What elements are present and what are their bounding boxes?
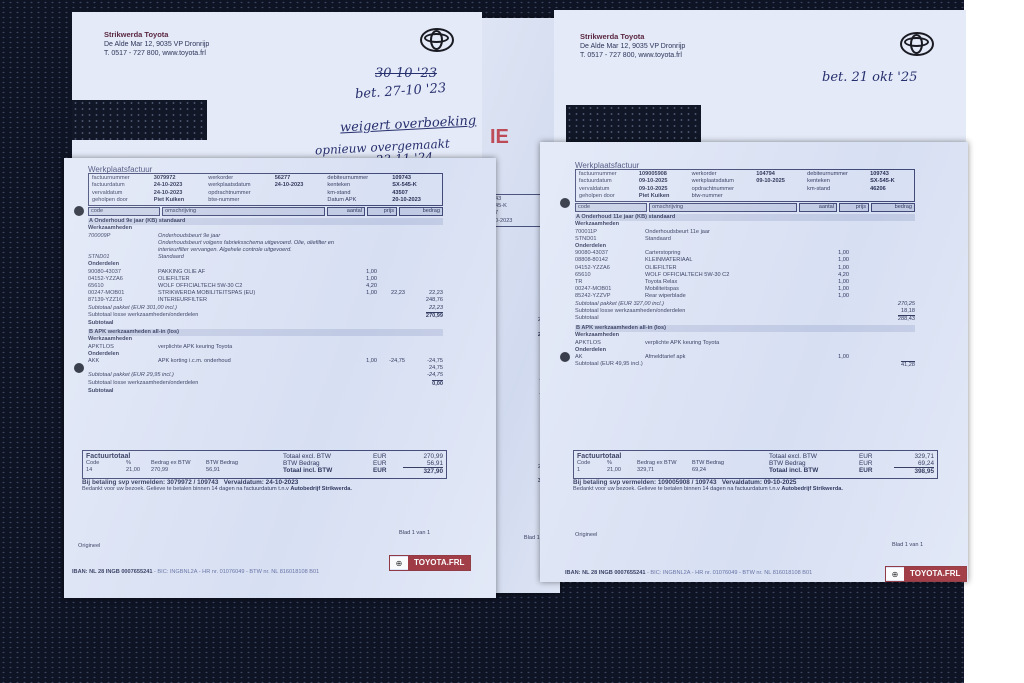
work-row: STND01Standaard: [88, 254, 443, 261]
original-label: Origineel: [78, 543, 100, 550]
page-number: Blad 1 van 1: [399, 530, 430, 537]
right-envelope: Strikwerda ToyotaDe Alde Mar 12, 9035 VP…: [554, 10, 966, 160]
right-sender-address: Strikwerda ToyotaDe Alde Mar 12, 9035 VP…: [580, 32, 685, 60]
invoice-2025-body: Werkplaatsfactuur factuurnummer109005908…: [575, 162, 915, 369]
invoice-header-box: factuurnummer109005908 werkorder104794 d…: [575, 169, 915, 202]
work-row: Onderhoudsbeurt volgens fabrieksschema u…: [88, 240, 443, 254]
part-row: 00247-MOB01STRIKWERDA MOBILITEITSPAS (EU…: [88, 290, 443, 297]
invoice-header-box: factuurnummer3079972 werkorder56277 debi…: [88, 173, 443, 206]
bank-details: IBAN: NL 28 INGB 0007655241 - BIC: INGBN…: [565, 570, 812, 577]
punch-hole: [560, 352, 570, 362]
invoice-2023-totals: Factuurtotaal Code%Bedrag ex BTWBTW Bedr…: [82, 450, 447, 493]
white-margin: [964, 0, 1024, 683]
work-row: 700009POnderhoudsbeurt 9e jaar: [88, 233, 443, 240]
punch-hole: [560, 198, 570, 208]
envelope-window: [72, 100, 207, 140]
part-row: 90080-43037Carterstopring1,00: [575, 250, 915, 257]
part-row: 90080-43037PAKKING OLIE AF1,00: [88, 269, 443, 276]
invoice-2023-sheet: Werkplaatsfactuur factuurnummer3079972 w…: [64, 158, 496, 598]
part-row: 65610WOLF OFFICIALTECH 5W-30 C24,20: [575, 272, 915, 279]
part-row: 04152-YZZA6OLIEFILTER1,00: [575, 265, 915, 272]
invoice-title: Werkplaatsfactuur: [575, 162, 915, 169]
subtotal-pakket: Subtotaal pakket (EUR 301,00 incl.)22,23: [88, 305, 443, 312]
section-b-heading: B APK werkzaamheden all-in (los): [88, 329, 443, 336]
invoice-2025-totals: Factuurtotaal Code%Bedrag ex BTWBTW Bedr…: [573, 450, 938, 493]
part-row: 04152-YZZA6OLIEFILTER1,00: [88, 276, 443, 283]
part-row: TRToyota Relax1,00: [575, 279, 915, 286]
handwritten-date-crossed: 30-10-'23: [375, 66, 437, 81]
part-row: 65610WOLF OFFICIALTECH 5W-30 C24,20: [88, 283, 443, 290]
toyota-logo-icon: [420, 28, 454, 52]
section-a-heading: A Onderhoud 9e jaar (KB) standaard: [88, 218, 443, 225]
page-number: Blad 1 van 1: [892, 542, 923, 549]
section-b-heading: B APK werkzaamheden all-in (los): [575, 325, 915, 332]
invoice-2025-sheet: Werkplaatsfactuur factuurnummer109005908…: [540, 142, 968, 582]
envelope-window: [566, 105, 701, 145]
punch-hole: [74, 363, 84, 373]
toyota-logo-icon: ⊕: [390, 557, 408, 569]
column-header: codeomschrijving aantalprijsbedrag: [88, 207, 443, 216]
red-logo-fragment: IE: [490, 126, 509, 149]
toyota-logo-icon: ⊕: [886, 568, 904, 580]
toyota-frl-badge: ⊕TOYOTA.FRL: [389, 555, 471, 571]
part-row: 87139-YZZ16INTERIEURFILTER248,76: [88, 297, 443, 304]
subtotal-losse: Subtotaal losse werkzaamheden/onderdelen…: [88, 312, 443, 320]
original-label: Origineel: [575, 532, 597, 539]
section-a-heading: A Onderhoud 11e jaar (KB) standaard: [575, 214, 915, 221]
part-row: 08808-80142KLEINMATERIAAL1,00: [575, 257, 915, 264]
part-row: 85242-YZZVPRear wiperblade1,00: [575, 293, 915, 300]
toyota-logo-icon: [900, 32, 934, 56]
invoice-title: Werkplaatsfactuur: [88, 166, 443, 173]
handwritten-paid-note: bet. 21 okt '25: [822, 70, 917, 85]
column-header: codeomschrijving aantalprijsbedrag: [575, 203, 915, 212]
part-row: 00247-MOB01Mobiliteitspas1,00: [575, 286, 915, 293]
toyota-frl-badge: ⊕TOYOTA.FRL: [885, 566, 967, 582]
bank-details: IBAN: NL 28 INGB 0007655241 - BIC: INGBN…: [72, 569, 319, 576]
left-sender-address: Strikwerda ToyotaDe Alde Mar 12, 9035 VP…: [104, 30, 209, 58]
punch-hole: [74, 206, 84, 216]
invoice-2023-body: Werkplaatsfactuur factuurnummer3079972 w…: [88, 166, 443, 395]
